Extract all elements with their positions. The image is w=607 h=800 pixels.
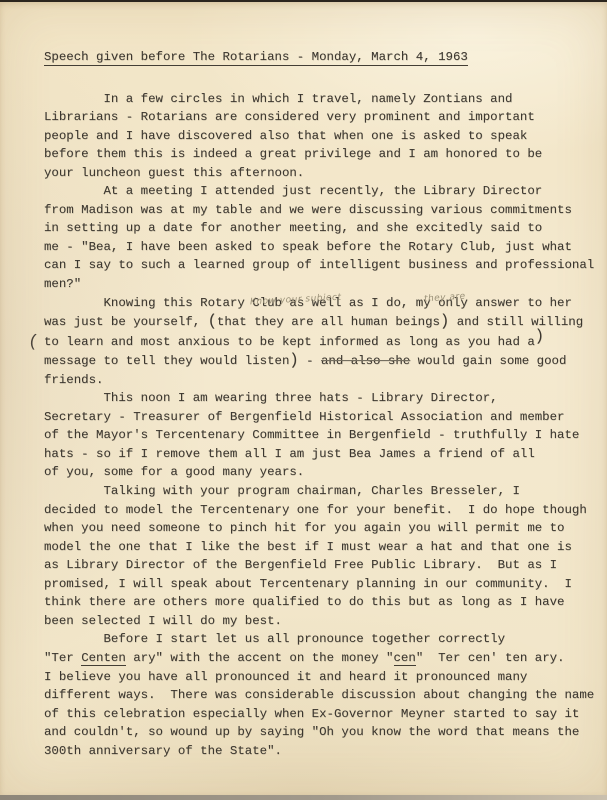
text-line: men?" — [44, 275, 594, 294]
text-line: Before I start let us all pronounce toge… — [44, 630, 594, 649]
text-line: your luncheon guest this afternoon. — [44, 164, 594, 183]
text-line: This noon I am wearing three hats - Libr… — [44, 389, 594, 408]
text-line: before them this is indeed a great privi… — [44, 145, 594, 164]
annotation-margin-paren: ( — [27, 332, 40, 352]
text-line: in setting up a date for another meeting… — [44, 219, 594, 238]
typewritten-document: Speech given before The Rotarians - Mond… — [44, 48, 594, 760]
text-line: Secretary - Treasurer of Bergenfield His… — [44, 408, 594, 427]
text-line: of you, some for a good many years. — [44, 463, 594, 482]
text-line: as Library Director of the Bergenfield F… — [44, 556, 594, 575]
text-line: from Madison was at my table and we were… — [44, 201, 594, 220]
text-line: me - "Bea, I have been asked to speak be… — [44, 238, 594, 257]
text-line: decided to model the Tercentenary one fo… — [44, 501, 594, 520]
text-line: different ways. There was considerable d… — [44, 686, 594, 705]
text-line: In a few circles in which I travel, name… — [44, 90, 594, 109]
text-line: Talking with your program chairman, Char… — [44, 482, 594, 501]
text-line: people and I have discovered also that w… — [44, 127, 594, 146]
text-line: friends. — [44, 371, 594, 390]
text-line: been selected I will do my best. — [44, 612, 594, 631]
scan-bottom-edge — [0, 795, 607, 800]
text-line: promised, I will speak about Tercentenar… — [44, 575, 594, 594]
text-line: "Ter Centen ary" with the accent on the … — [44, 649, 594, 668]
text-line: to learn and most anxious to be kept inf… — [44, 332, 594, 352]
document-lines: In a few circles in which I travel, name… — [44, 90, 594, 761]
text-line: and couldn't, so wound up by saying "Oh … — [44, 723, 594, 742]
text-line: of this celebration especially when Ex-G… — [44, 705, 594, 724]
text-line: was just be yourself, (that they are all… — [44, 312, 594, 332]
text-line: think there are others more qualified to… — [44, 593, 594, 612]
text-line: I believe you have all pronounced it and… — [44, 668, 594, 687]
text-line: hats - so if I remove them all I am just… — [44, 445, 594, 464]
document-title-text: Speech given before The Rotarians - Mond… — [44, 50, 468, 66]
text-line: 300th anniversary of the State". — [44, 742, 594, 761]
text-line: Librarians - Rotarians are considered ve… — [44, 108, 594, 127]
text-line: of the Mayor's Tercentenary Committee in… — [44, 426, 594, 445]
text-line: can I say to such a learned group of int… — [44, 256, 594, 275]
scanned-paper-page: Speech given before The Rotarians - Mond… — [0, 2, 607, 795]
document-title: Speech given before The Rotarians - Mond… — [44, 48, 594, 67]
text-line: At a meeting I attended just recently, t… — [44, 182, 594, 201]
text-line: model the one that I like the best if I … — [44, 538, 594, 557]
text-line: message to tell they would listen) - and… — [44, 351, 594, 371]
text-line: when you need someone to pinch hit for y… — [44, 519, 594, 538]
